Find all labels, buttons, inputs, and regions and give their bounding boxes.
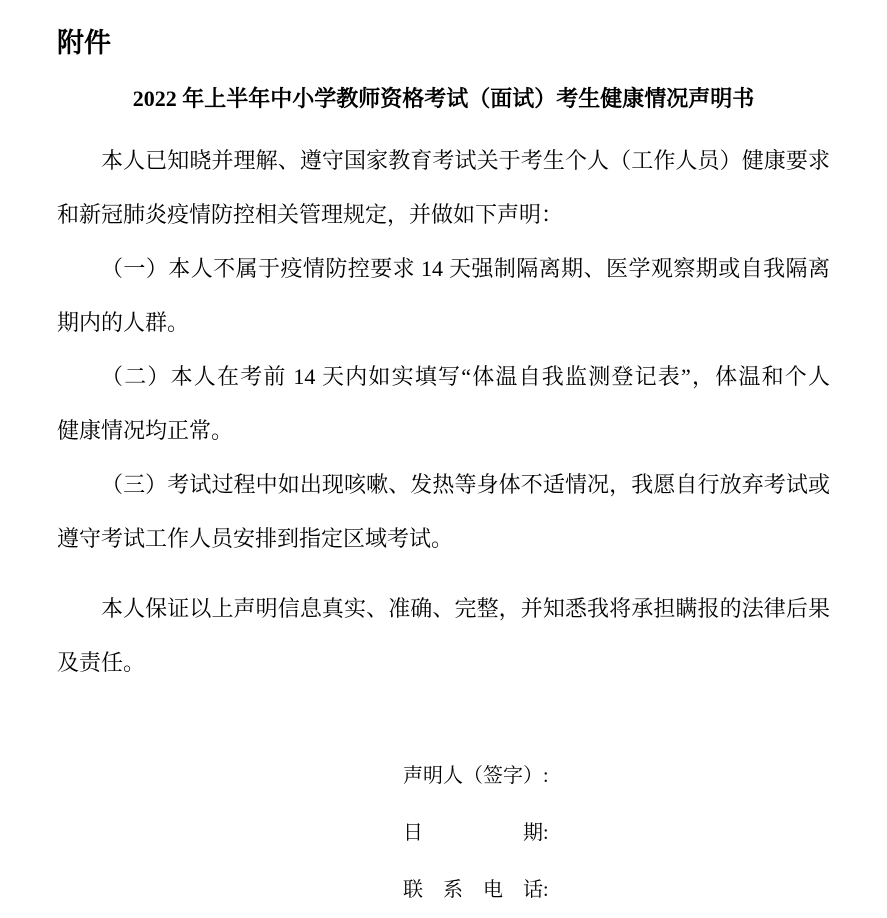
paragraph-item-3: （三）考试过程中如出现咳嗽、发热等身体不适情况，我愿自行放弃考试或 遵守考试工作…: [57, 458, 830, 566]
signature-phone-colon: :: [543, 879, 549, 901]
paragraph-line: （三）考试过程中如出现咳嗽、发热等身体不适情况，我愿自行放弃考试或: [57, 458, 830, 512]
paragraph-line: 健康情况均正常。: [57, 404, 830, 458]
paragraph-guarantee: 本人保证以上声明信息真实、准确、完整，并知悉我将承担瞒报的法律后果 及责任。: [57, 582, 830, 690]
paragraph-line: 和新冠肺炎疫情防控相关管理规定，并做如下声明：: [57, 188, 830, 242]
paragraph-line: （二）本人在考前 14 天内如实填写“体温自我监测登记表”，体温和个人: [57, 350, 830, 404]
signature-date-colon: :: [543, 822, 549, 844]
paragraph-line: （一）本人不属于疫情防控要求 14 天强制隔离期、医学观察期或自我隔离: [57, 242, 830, 296]
paragraph-item-2: （二）本人在考前 14 天内如实填写“体温自我监测登记表”，体温和个人 健康情况…: [57, 350, 830, 458]
paragraph-line: 期内的人群。: [57, 296, 830, 350]
signature-phone-label: 联系电话: [403, 862, 543, 918]
signature-date-label: 日期: [403, 805, 543, 862]
signature-signer-colon: :: [543, 765, 549, 787]
paragraph-line: 及责任。: [57, 636, 830, 690]
paragraph-item-1: （一）本人不属于疫情防控要求 14 天强制隔离期、医学观察期或自我隔离 期内的人…: [57, 242, 830, 350]
signature-phone-line: 联系电话:: [403, 862, 830, 918]
paragraph-line: 遵守考试工作人员安排到指定区域考试。: [57, 512, 830, 566]
paragraph-line: 本人已知晓并理解、遵守国家教育考试关于考生个人（工作人员）健康要求: [57, 134, 830, 188]
signature-date-line: 日期:: [403, 805, 830, 862]
signature-block: 声明人（签字）: 日期: 联系电话:: [403, 748, 830, 918]
document-body: 本人已知晓并理解、遵守国家教育考试关于考生个人（工作人员）健康要求 和新冠肺炎疫…: [57, 134, 830, 690]
paragraph-intro: 本人已知晓并理解、遵守国家教育考试关于考生个人（工作人员）健康要求 和新冠肺炎疫…: [57, 134, 830, 242]
attachment-label: 附件: [57, 24, 830, 62]
document-page: 附件 2022 年上半年中小学教师资格考试（面试）考生健康情况声明书 本人已知晓…: [0, 0, 887, 918]
document-title: 2022 年上半年中小学教师资格考试（面试）考生健康情况声明书: [57, 84, 830, 114]
signature-signer-label: 声明人（签字）: [403, 748, 543, 805]
signature-signer-line: 声明人（签字）:: [403, 748, 830, 805]
paragraph-line: 本人保证以上声明信息真实、准确、完整，并知悉我将承担瞒报的法律后果: [57, 582, 830, 636]
